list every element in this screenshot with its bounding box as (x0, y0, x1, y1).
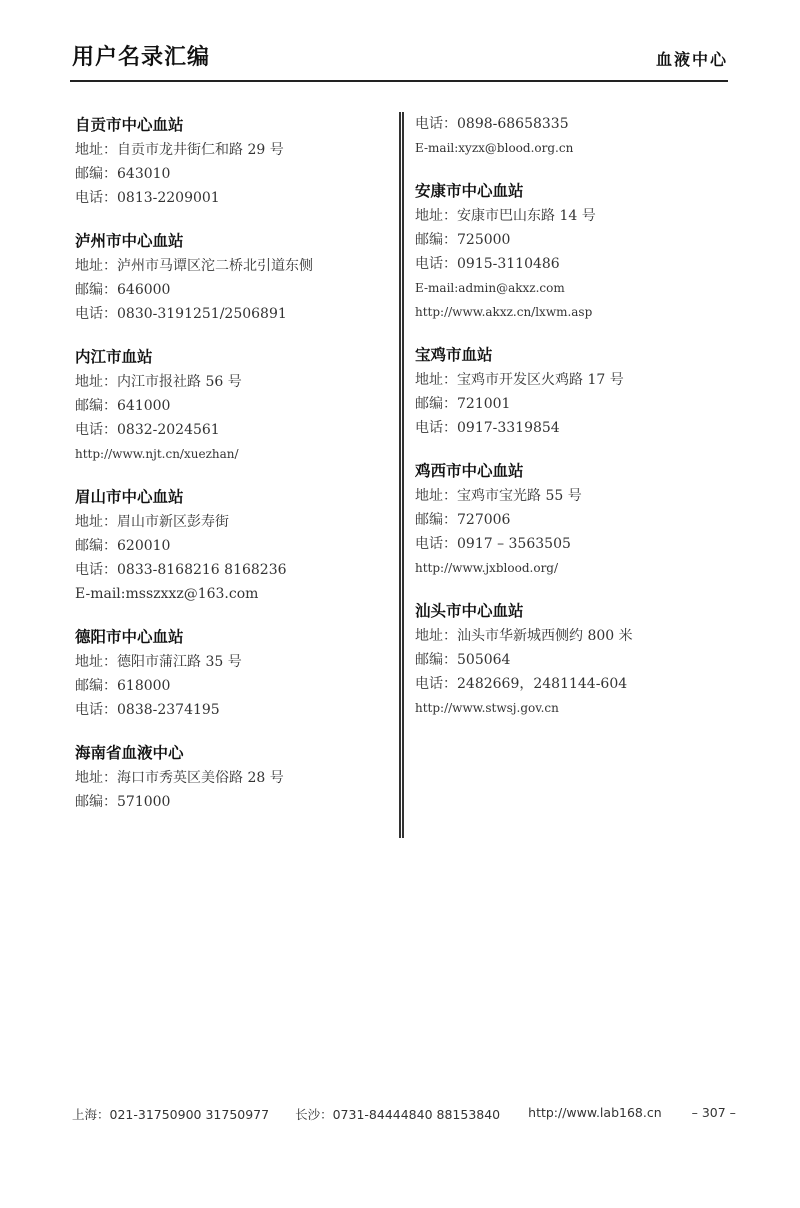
entry-address: 地址：泸州市马谭区沱二桥北引道东侧 (75, 254, 395, 278)
entry-name: 德阳市中心血站 (75, 624, 395, 650)
right-column: 电话：0898-68658335 E-mail:xyzx@blood.org.c… (415, 112, 735, 738)
entry-name: 自贡市中心血站 (75, 112, 395, 138)
entry-address: 地址：德阳市蒲江路 35 号 (75, 650, 395, 674)
left-column: 自贡市中心血站 地址：自贡市龙井街仁和路 29 号 邮编：643010 电话：0… (75, 112, 395, 832)
entry-postcode: 邮编：643010 (75, 162, 395, 186)
entry-phone: 电话：0898-68658335 (415, 112, 735, 136)
directory-entry: 内江市血站 地址：内江市报社路 56 号 邮编：641000 电话：0832-2… (75, 344, 395, 466)
entry-postcode: 邮编：727006 (415, 508, 735, 532)
header-rule (70, 80, 728, 82)
entry-name: 泸州市中心血站 (75, 228, 395, 254)
entry-name: 内江市血站 (75, 344, 395, 370)
footer-changsha-contact: 长沙：0731-84444840 88153840 (295, 1105, 500, 1123)
entry-email[interactable]: E-mail:msszxxz@163.com (75, 582, 395, 606)
entry-address: 地址：内江市报社路 56 号 (75, 370, 395, 394)
entry-phone: 电话：0917-3319854 (415, 416, 735, 440)
entry-postcode: 邮编：646000 (75, 278, 395, 302)
entry-address: 地址：海口市秀英区美俗路 28 号 (75, 766, 395, 790)
entry-name: 安康市中心血站 (415, 178, 735, 204)
entry-postcode: 邮编：505064 (415, 648, 735, 672)
entry-name: 鸡西市中心血站 (415, 458, 735, 484)
entry-email[interactable]: E-mail:xyzx@blood.org.cn (415, 136, 735, 160)
directory-entry: 泸州市中心血站 地址：泸州市马谭区沱二桥北引道东侧 邮编：646000 电话：0… (75, 228, 395, 326)
directory-entry: 宝鸡市血站 地址：宝鸡市开发区火鸡路 17 号 邮编：721001 电话：091… (415, 342, 735, 440)
entry-email[interactable]: E-mail:admin@akxz.com (415, 276, 735, 300)
entry-address: 地址：自贡市龙井街仁和路 29 号 (75, 138, 395, 162)
entry-website-link[interactable]: http://www.njt.cn/xuezhan/ (75, 442, 395, 466)
directory-entry: 海南省血液中心 地址：海口市秀英区美俗路 28 号 邮编：571000 (75, 740, 395, 814)
entry-phone: 电话：0813-2209001 (75, 186, 395, 210)
page-number: – 307 – (692, 1105, 736, 1123)
footer-website-link[interactable]: http://www.lab168.cn (528, 1105, 661, 1123)
entry-phone: 电话：0915-3110486 (415, 252, 735, 276)
page-footer: 上海：021-31750900 31750977 长沙：0731-8444484… (72, 1105, 732, 1123)
entry-postcode: 邮编：618000 (75, 674, 395, 698)
header-title: 用户名录汇编 (72, 40, 210, 71)
directory-entry: 汕头市中心血站 地址：汕头市华新城西侧约 800 米 邮编：505064 电话：… (415, 598, 735, 720)
entry-postcode: 邮编：571000 (75, 790, 395, 814)
entry-phone: 电话：0917 – 3563505 (415, 532, 735, 556)
entry-address: 地址：宝鸡市开发区火鸡路 17 号 (415, 368, 735, 392)
entry-phone: 电话：0832-2024561 (75, 418, 395, 442)
column-divider (399, 112, 404, 838)
footer-shanghai-contact: 上海：021-31750900 31750977 (72, 1105, 269, 1123)
entry-postcode: 邮编：725000 (415, 228, 735, 252)
directory-entry-continued: 电话：0898-68658335 E-mail:xyzx@blood.org.c… (415, 112, 735, 160)
entry-website-link[interactable]: http://www.akxz.cn/lxwm.asp (415, 300, 735, 324)
directory-entry: 德阳市中心血站 地址：德阳市蒲江路 35 号 邮编：618000 电话：0838… (75, 624, 395, 722)
header-section-label: 血液中心 (656, 47, 728, 70)
entry-address: 地址：宝鸡市宝光路 55 号 (415, 484, 735, 508)
entry-address: 地址：汕头市华新城西侧约 800 米 (415, 624, 735, 648)
entry-name: 宝鸡市血站 (415, 342, 735, 368)
entry-phone: 电话：0833-8168216 8168236 (75, 558, 395, 582)
entry-postcode: 邮编：721001 (415, 392, 735, 416)
entry-phone: 电话：0830-3191251/2506891 (75, 302, 395, 326)
entry-address: 地址：安康市巴山东路 14 号 (415, 204, 735, 228)
entry-phone: 电话：0838-2374195 (75, 698, 395, 722)
entry-name: 海南省血液中心 (75, 740, 395, 766)
entry-name: 眉山市中心血站 (75, 484, 395, 510)
directory-entry: 自贡市中心血站 地址：自贡市龙井街仁和路 29 号 邮编：643010 电话：0… (75, 112, 395, 210)
entry-website-link[interactable]: http://www.jxblood.org/ (415, 556, 735, 580)
entry-name: 汕头市中心血站 (415, 598, 735, 624)
directory-entry: 安康市中心血站 地址：安康市巴山东路 14 号 邮编：725000 电话：091… (415, 178, 735, 324)
entry-phone: 电话：2482669，2481144-604 (415, 672, 735, 696)
entry-postcode: 邮编：620010 (75, 534, 395, 558)
directory-entry: 鸡西市中心血站 地址：宝鸡市宝光路 55 号 邮编：727006 电话：0917… (415, 458, 735, 580)
entry-postcode: 邮编：641000 (75, 394, 395, 418)
directory-entry: 眉山市中心血站 地址：眉山市新区彭寿街 邮编：620010 电话：0833-81… (75, 484, 395, 606)
entry-address: 地址：眉山市新区彭寿街 (75, 510, 395, 534)
entry-website-link[interactable]: http://www.stwsj.gov.cn (415, 696, 735, 720)
